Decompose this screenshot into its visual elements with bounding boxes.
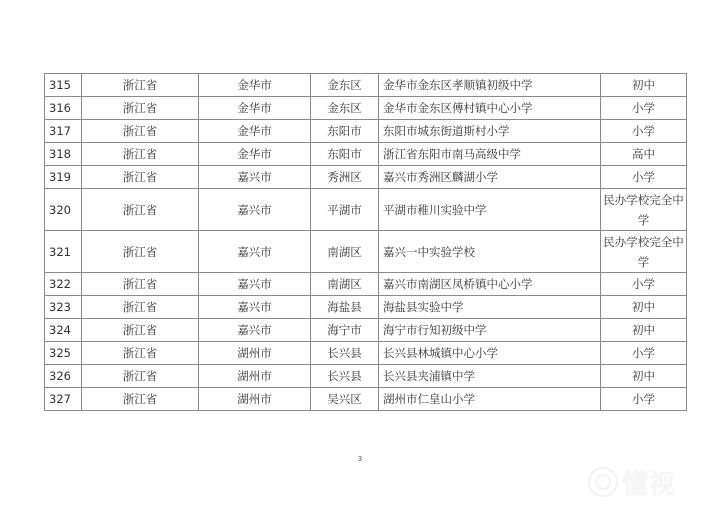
school-type-cell: 初中	[601, 74, 687, 97]
table-row: 316 浙江省 金华市 金东区 金华市金东区傅村镇中心小学 小学	[45, 97, 687, 120]
district-cell: 海宁市	[311, 319, 379, 342]
table-row: 319 浙江省 嘉兴市 秀洲区 嘉兴市秀洲区麟湖小学 小学	[45, 166, 687, 189]
province-cell: 浙江省	[82, 97, 199, 120]
city-cell: 嘉兴市	[199, 273, 311, 296]
city-cell: 湖州市	[199, 388, 311, 411]
city-cell: 嘉兴市	[199, 296, 311, 319]
table-row: 324 浙江省 嘉兴市 海宁市 海宁市行知初级中学 初中	[45, 319, 687, 342]
district-cell: 南湖区	[311, 231, 379, 273]
school-type-cell: 高中	[601, 143, 687, 166]
city-cell: 嘉兴市	[199, 166, 311, 189]
province-cell: 浙江省	[82, 120, 199, 143]
row-number: 321	[45, 231, 82, 273]
province-cell: 浙江省	[82, 189, 199, 231]
city-cell: 金华市	[199, 143, 311, 166]
province-cell: 浙江省	[82, 166, 199, 189]
row-number: 320	[45, 189, 82, 231]
district-cell: 金东区	[311, 97, 379, 120]
school-type-cell: 小学	[601, 166, 687, 189]
district-cell: 秀洲区	[311, 166, 379, 189]
province-cell: 浙江省	[82, 231, 199, 273]
district-cell: 长兴县	[311, 342, 379, 365]
school-type-cell: 民办学校完全中学	[601, 189, 687, 231]
school-type-cell: 民办学校完全中学	[601, 231, 687, 273]
row-number: 319	[45, 166, 82, 189]
row-number: 323	[45, 296, 82, 319]
city-cell: 金华市	[199, 74, 311, 97]
row-number: 325	[45, 342, 82, 365]
row-number: 327	[45, 388, 82, 411]
school-name-cell: 浙江省东阳市南马高级中学	[379, 143, 601, 166]
city-cell: 嘉兴市	[199, 231, 311, 273]
table-row: 320 浙江省 嘉兴市 平湖市 平湖市稚川实验中学 民办学校完全中学	[45, 189, 687, 231]
table-row: 323 浙江省 嘉兴市 海盐县 海盐县实验中学 初中	[45, 296, 687, 319]
district-cell: 南湖区	[311, 273, 379, 296]
school-name-cell: 湖州市仁皇山小学	[379, 388, 601, 411]
document-page: 315 浙江省 金华市 金东区 金华市金东区孝顺镇初级中学 初中 316 浙江省…	[0, 0, 720, 509]
province-cell: 浙江省	[82, 388, 199, 411]
row-number: 317	[45, 120, 82, 143]
school-name-cell: 平湖市稚川实验中学	[379, 189, 601, 231]
watermark: 懂视	[588, 462, 676, 502]
district-cell: 平湖市	[311, 189, 379, 231]
row-number: 316	[45, 97, 82, 120]
school-name-cell: 嘉兴市南湖区凤桥镇中心小学	[379, 273, 601, 296]
school-name-cell: 海盐县实验中学	[379, 296, 601, 319]
row-number: 315	[45, 74, 82, 97]
row-number: 324	[45, 319, 82, 342]
district-cell: 海盐县	[311, 296, 379, 319]
school-name-cell: 金华市金东区孝顺镇初级中学	[379, 74, 601, 97]
school-type-cell: 小学	[601, 388, 687, 411]
school-name-cell: 长兴县林城镇中心小学	[379, 342, 601, 365]
school-type-cell: 初中	[601, 365, 687, 388]
watermark-logo-icon	[588, 467, 618, 497]
school-name-cell: 长兴县夹浦镇中学	[379, 365, 601, 388]
province-cell: 浙江省	[82, 342, 199, 365]
province-cell: 浙江省	[82, 143, 199, 166]
city-cell: 金华市	[199, 120, 311, 143]
table-row: 322 浙江省 嘉兴市 南湖区 嘉兴市南湖区凤桥镇中心小学 小学	[45, 273, 687, 296]
district-cell: 吴兴区	[311, 388, 379, 411]
city-cell: 湖州市	[199, 342, 311, 365]
city-cell: 湖州市	[199, 365, 311, 388]
table-row: 321 浙江省 嘉兴市 南湖区 嘉兴一中实验学校 民办学校完全中学	[45, 231, 687, 273]
row-number: 326	[45, 365, 82, 388]
province-cell: 浙江省	[82, 74, 199, 97]
row-number: 322	[45, 273, 82, 296]
school-type-cell: 初中	[601, 319, 687, 342]
school-name-cell: 嘉兴一中实验学校	[379, 231, 601, 273]
city-cell: 金华市	[199, 97, 311, 120]
page-number: 3	[352, 455, 368, 463]
school-type-cell: 小学	[601, 273, 687, 296]
district-cell: 东阳市	[311, 120, 379, 143]
school-name-cell: 嘉兴市秀洲区麟湖小学	[379, 166, 601, 189]
district-cell: 东阳市	[311, 143, 379, 166]
province-cell: 浙江省	[82, 365, 199, 388]
school-type-cell: 初中	[601, 296, 687, 319]
province-cell: 浙江省	[82, 273, 199, 296]
school-list-table: 315 浙江省 金华市 金东区 金华市金东区孝顺镇初级中学 初中 316 浙江省…	[44, 73, 687, 411]
table-row: 327 浙江省 湖州市 吴兴区 湖州市仁皇山小学 小学	[45, 388, 687, 411]
district-cell: 金东区	[311, 74, 379, 97]
row-number: 318	[45, 143, 82, 166]
table-row: 317 浙江省 金华市 东阳市 东阳市城东街道斯村小学 小学	[45, 120, 687, 143]
school-name-cell: 东阳市城东街道斯村小学	[379, 120, 601, 143]
city-cell: 嘉兴市	[199, 319, 311, 342]
province-cell: 浙江省	[82, 319, 199, 342]
school-name-cell: 金华市金东区傅村镇中心小学	[379, 97, 601, 120]
table-row: 326 浙江省 湖州市 长兴县 长兴县夹浦镇中学 初中	[45, 365, 687, 388]
table-row: 315 浙江省 金华市 金东区 金华市金东区孝顺镇初级中学 初中	[45, 74, 687, 97]
province-cell: 浙江省	[82, 296, 199, 319]
table-row: 318 浙江省 金华市 东阳市 浙江省东阳市南马高级中学 高中	[45, 143, 687, 166]
school-name-cell: 海宁市行知初级中学	[379, 319, 601, 342]
school-type-cell: 小学	[601, 342, 687, 365]
table-row: 325 浙江省 湖州市 长兴县 长兴县林城镇中心小学 小学	[45, 342, 687, 365]
school-type-cell: 小学	[601, 120, 687, 143]
school-type-cell: 小学	[601, 97, 687, 120]
city-cell: 嘉兴市	[199, 189, 311, 231]
watermark-text: 懂视	[622, 464, 676, 501]
district-cell: 长兴县	[311, 365, 379, 388]
